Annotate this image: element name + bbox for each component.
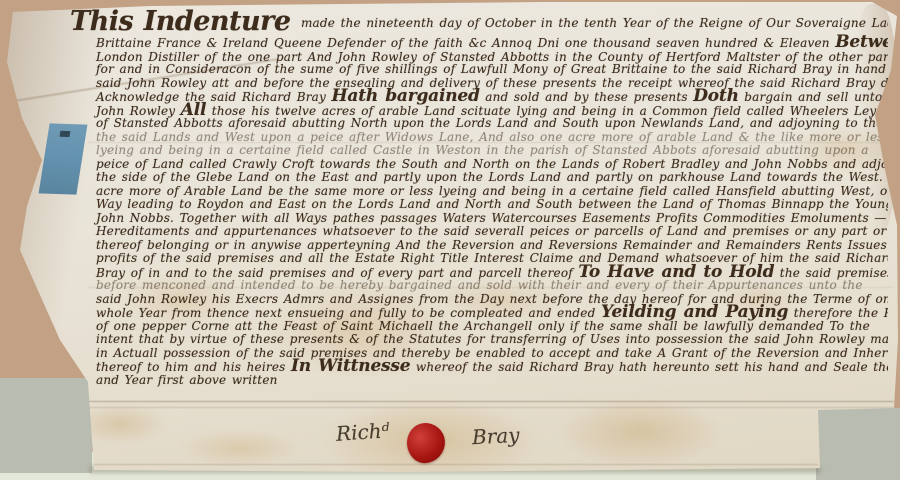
deed-text-line: before menconed and intended to be hereb… <box>70 279 888 293</box>
deed-text-line: Hereditaments and appurtenances whatsoev… <box>70 225 888 239</box>
fold-crease-line <box>88 407 894 408</box>
deed-text-line: Way leading to Roydon and East on the Lo… <box>70 198 888 212</box>
deed-text-line: peice of Land called Crawly Croft toward… <box>70 158 888 172</box>
deed-text: before menconed and intended to be hereb… <box>96 278 863 292</box>
deed-text-line: intent that by virtue of these presents … <box>70 333 888 347</box>
stamp-letter: E <box>40 356 47 367</box>
deed-text-line: John Rowley All those his twelve acres o… <box>70 104 888 118</box>
deed-text-line: of one pepper Corne att the Feast of Sai… <box>70 320 888 334</box>
deed-text-line: Bray of in and to the said premises and … <box>70 266 888 280</box>
deed-text-block: This Indenture made the nineteenth day o… <box>70 8 888 400</box>
deed-text: intent that by virtue of these presents … <box>96 332 888 346</box>
backdrop-corner-right <box>816 408 900 480</box>
deed-text: Hereditaments and appurtenances whatsoev… <box>96 224 888 238</box>
deed-text: thereof belonging or in anywise appertey… <box>96 238 888 252</box>
deed-text: peice of Land called Crawly Croft toward… <box>96 157 888 171</box>
backdrop-corner-left <box>0 378 92 473</box>
deed-text: the side of the Glebe Land on the East a… <box>96 170 888 184</box>
deed-text-line: for and in Consideracon of the sume of f… <box>70 63 888 77</box>
deed-text-line: thereof belonging or in anywise appertey… <box>70 239 888 253</box>
deed-emphasized-word: In Wittnesse <box>291 356 410 376</box>
deed-text: Brittaine France & Ireland Queene Defend… <box>96 36 835 50</box>
crown-glyph <box>36 341 52 350</box>
deed-text-line: the said Lands and West upon a peice aft… <box>70 131 888 145</box>
deed-text: bargain and sell unto the said <box>739 90 888 104</box>
parchment-sheet: E 70 This Indenture made the nineteenth … <box>0 0 900 480</box>
signature-first-name: Richᵈ <box>335 418 390 446</box>
deed-text-line: of Stansted Abbotts aforesaid abutting N… <box>70 117 888 131</box>
deed-text-line: acre more of Arable Land be the same mor… <box>70 185 888 199</box>
deed-text: for and in Consideracon of the sume of f… <box>96 62 888 76</box>
deed-text-line: and Year first above written <box>70 374 888 388</box>
photo-of-indenture: E 70 This Indenture made the nineteenth … <box>0 0 900 480</box>
deed-text: and Year first above written <box>96 373 278 387</box>
fold-crease-line <box>92 464 818 465</box>
deed-text: made the nineteenth day of October in th… <box>301 16 888 30</box>
deed-text-line: lyeing and being in a certaine field cal… <box>70 144 888 158</box>
deed-text: and sold and by these presents <box>480 90 694 104</box>
deed-text: acre more of Arable Land be the same mor… <box>96 184 888 198</box>
deed-text: said John Rowley att and before the ense… <box>96 76 888 90</box>
deed-text: in Actuall possession of the said premis… <box>96 346 888 360</box>
deed-text-line: thereof to him and his heires In Wittnes… <box>70 360 888 374</box>
deed-text-line: whole Year from thence next ensueing and… <box>70 306 888 320</box>
deed-text-line: in Actuall possession of the said premis… <box>70 347 888 361</box>
deed-text: Acknowledge the said Richard Bray <box>96 90 332 104</box>
deed-opening-words: This Indenture <box>70 8 301 37</box>
deed-text: lyeing and being in a certaine field cal… <box>96 143 869 157</box>
deed-text-line: the side of the Glebe Land on the East a… <box>70 171 888 185</box>
deed-text-line: This Indenture made the nineteenth day o… <box>70 8 888 36</box>
deed-text-line: Brittaine France & Ireland Queene Defend… <box>70 36 888 50</box>
deed-text: Way leading to Roydon and East on the Lo… <box>96 197 888 211</box>
deed-text-line: John Nobbs. Together with all Ways pathe… <box>70 212 888 226</box>
deed-text: John Nobbs. Together with all Ways pathe… <box>96 211 887 225</box>
deed-text-line: London Distiller of the one part And Joh… <box>70 50 888 64</box>
fold-crease-line <box>88 401 894 402</box>
deed-text: of one pepper Corne att the Feast of Sai… <box>96 319 870 333</box>
deed-text: of Stansted Abbotts aforesaid abutting N… <box>96 116 888 130</box>
signature-surname: Bray <box>471 423 520 449</box>
deed-text: whereof the said Richard Bray hath hereu… <box>410 360 888 374</box>
deed-text: the said Lands and West upon a peice aft… <box>96 130 888 144</box>
tab-ink-mark <box>60 131 71 137</box>
